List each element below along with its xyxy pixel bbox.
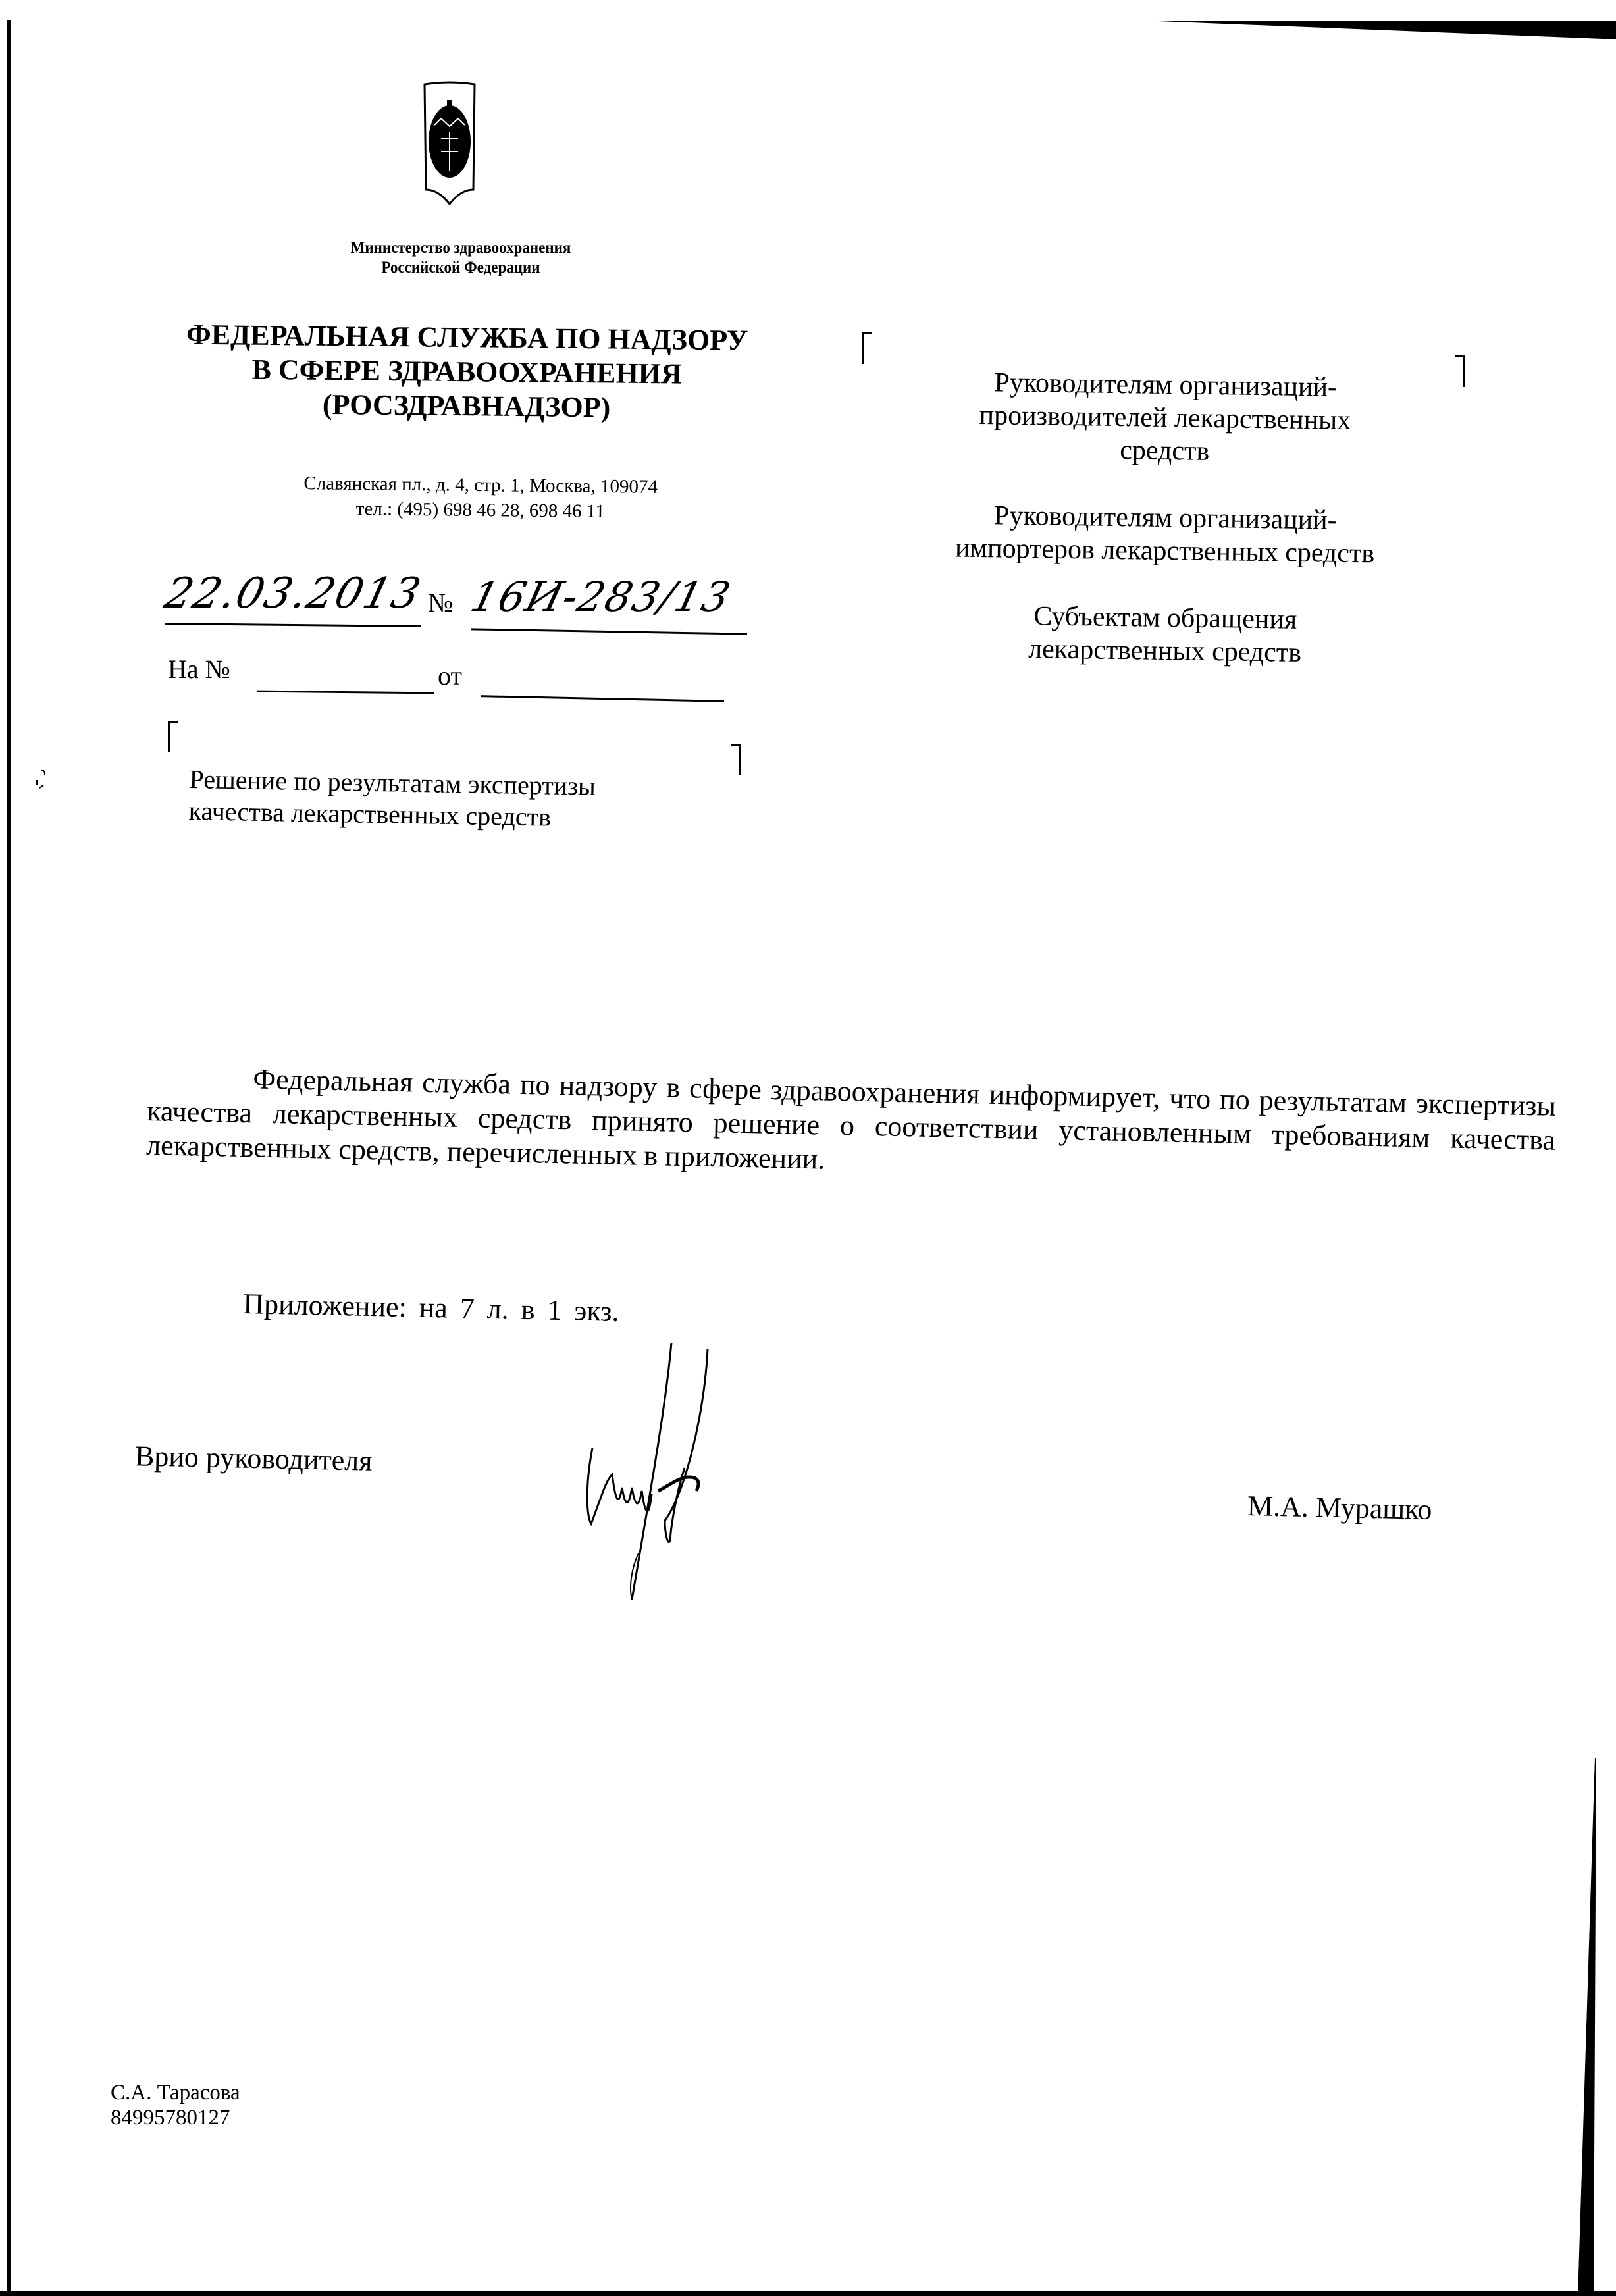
handwritten-signature <box>566 1336 829 1613</box>
number-label: № <box>428 587 453 618</box>
addressee-list: Руководителям организаций- производителе… <box>849 369 1481 702</box>
coat-of-arms-icon <box>421 79 478 211</box>
addressee-importers: Руководителям организаций- импортеров ле… <box>848 497 1481 571</box>
agency-address: Славянская пл., д. 4, стр. 1, Москва, 10… <box>211 470 751 526</box>
ministry-name: Министерство здравоохранения Российской … <box>291 238 630 278</box>
scan-edge-right <box>1577 1758 1596 2296</box>
signer-position: Врио руководителя <box>135 1439 373 1478</box>
registration-date: 22.03.2013 <box>157 569 422 629</box>
scan-edge-bottom <box>0 2291 1616 2296</box>
scan-edge-top <box>1159 0 1616 46</box>
signer-name: М.А. Мурашко <box>1247 1489 1432 1526</box>
reference-label: На № <box>168 654 230 685</box>
letter-body: Федеральная служба по надзору в сфере зд… <box>146 1060 1557 1192</box>
subject-bracket-right <box>731 744 741 775</box>
agency-name: ФЕДЕРАЛЬНАЯ СЛУЖБА ПО НАДЗОРУ В СФЕРЕ ЗД… <box>143 317 790 427</box>
registration-number: 16И-283/13 <box>463 573 754 632</box>
scan-speck <box>32 767 51 793</box>
reference-from-label: от <box>438 660 462 691</box>
addressee-subjects: Субъектам обращения лекарственных средст… <box>848 597 1481 671</box>
addressee-bracket-left <box>862 332 872 364</box>
appendix-note: Приложение: на 7 л. в 1 экз. <box>243 1287 619 1328</box>
executor-phone: 84995780127 <box>111 2105 230 2130</box>
scan-edge-left <box>7 20 11 2296</box>
reference-number-field <box>257 691 434 694</box>
reference-date-field <box>481 695 724 702</box>
addressee-manufacturers: Руководителям организаций- производителе… <box>848 364 1482 471</box>
letter-subject: Решение по результатам экспертизы качест… <box>188 764 729 836</box>
executor-name: С.А. Тарасова <box>111 2080 240 2105</box>
subject-bracket-left <box>168 721 178 752</box>
